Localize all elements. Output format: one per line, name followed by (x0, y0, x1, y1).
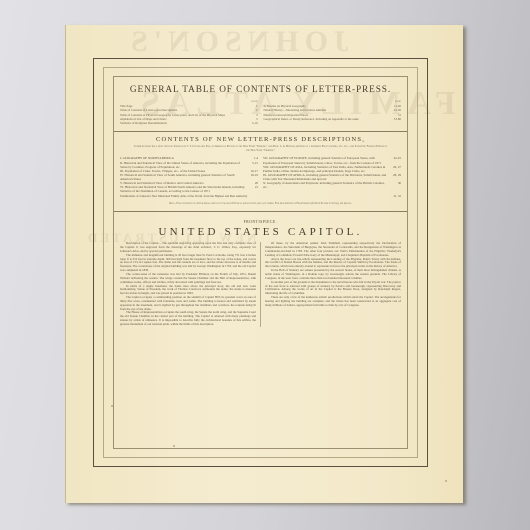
new-contents-title: CONTENTS OF NEW LETTER-PRESS DESCRIPTION… (120, 136, 401, 143)
description-column-right: Of these, by the American painter John T… (265, 242, 401, 327)
new-contents-subtitle: Compiled from the latest official Source… (132, 145, 389, 152)
contents-entry: VIII. GEOGRAPHY OF ASIA, including Stati… (263, 165, 401, 173)
description-column-left: Description of the Capitol.—The splendid… (120, 242, 256, 327)
outer-border-frame: GENERAL TABLE OF CONTENTS OF LETTER-PRES… (93, 58, 428, 467)
general-toc-left: PAGE Title Page1 Table of Contents of Le… (120, 100, 258, 125)
paragraph: The House of Representatives occupies th… (120, 311, 256, 326)
toc-entry: Geographical Index, or Ready Reference, … (264, 117, 402, 121)
paper-speck (445, 480, 447, 482)
paragraph: In another part of the grounds is the mo… (265, 281, 401, 296)
general-toc: PAGE Title Page1 Table of Contents of Le… (120, 100, 401, 125)
contents-entry: VII. GEOGRAPHY OF EUROPE, including gene… (263, 156, 401, 164)
section-divider (114, 211, 407, 212)
testimonials-entry: Testimonials of Johnson's New Illustrate… (120, 194, 401, 198)
new-contents-left: I. GEOGRAPHY OF NORTH AMERICA1-4 II. His… (120, 156, 258, 193)
inner-content-frame: GENERAL TABLE OF CONTENTS OF LETTER-PRES… (113, 76, 408, 449)
paper-speck (111, 405, 113, 407)
poster-paper: JOHNSON'S FAMILY ATLAS NEW ILLUSTRATED G… (65, 25, 463, 503)
paragraph: In the Hall of Statuary are statues pres… (265, 269, 401, 281)
contents-entry: IV. Historical and Statistical View of S… (120, 173, 258, 181)
section-divider (114, 131, 407, 132)
paragraph: These are only a few of the numerous art… (265, 296, 401, 308)
paragraph: The Capitol occupies a commanding positi… (120, 296, 256, 311)
paragraph: The corner-stone of the extension was la… (120, 273, 256, 285)
column-divider (260, 242, 261, 327)
new-contents-right: VII. GEOGRAPHY OF EUROPE, including gene… (263, 156, 401, 193)
frontispiece-label: FRONTISPIECE. (120, 220, 401, 224)
general-toc-title: GENERAL TABLE OF CONTENTS OF LETTER-PRES… (120, 85, 401, 95)
contents-key-note: Key—For contents of letter-press and lis… (120, 202, 401, 205)
paragraph: Of these, by the American painter John T… (265, 242, 401, 257)
toc-entry: Statistics of Religious Denominations5-1… (120, 121, 258, 125)
paper-speck (173, 445, 175, 447)
contents-entry: VI. Historical and Statistical View of B… (120, 185, 258, 193)
watermark-johnsons: JOHNSON'S (125, 25, 349, 59)
new-contents: I. GEOGRAPHY OF NORTH AMERICA1-4 II. His… (120, 156, 401, 193)
middle-border-frame: GENERAL TABLE OF CONTENTS OF LETTER-PRES… (103, 67, 418, 458)
contents-entry: X. Geography of Australasia and Polynesi… (263, 181, 401, 189)
capitol-title: UNITED STATES CAPITOL. (120, 226, 401, 238)
capitol-description: Description of the Capitol.—The splendid… (120, 242, 401, 327)
paragraph: The immense and magnificent building is … (120, 254, 256, 273)
contents-entry: IX. GEOGRAPHY OF AFRICA, including gener… (263, 173, 401, 181)
contents-entry: II. Historical and Statistical View of t… (120, 161, 258, 169)
general-toc-right: PAGE A Treatise on Physical Geography11-… (264, 100, 402, 125)
